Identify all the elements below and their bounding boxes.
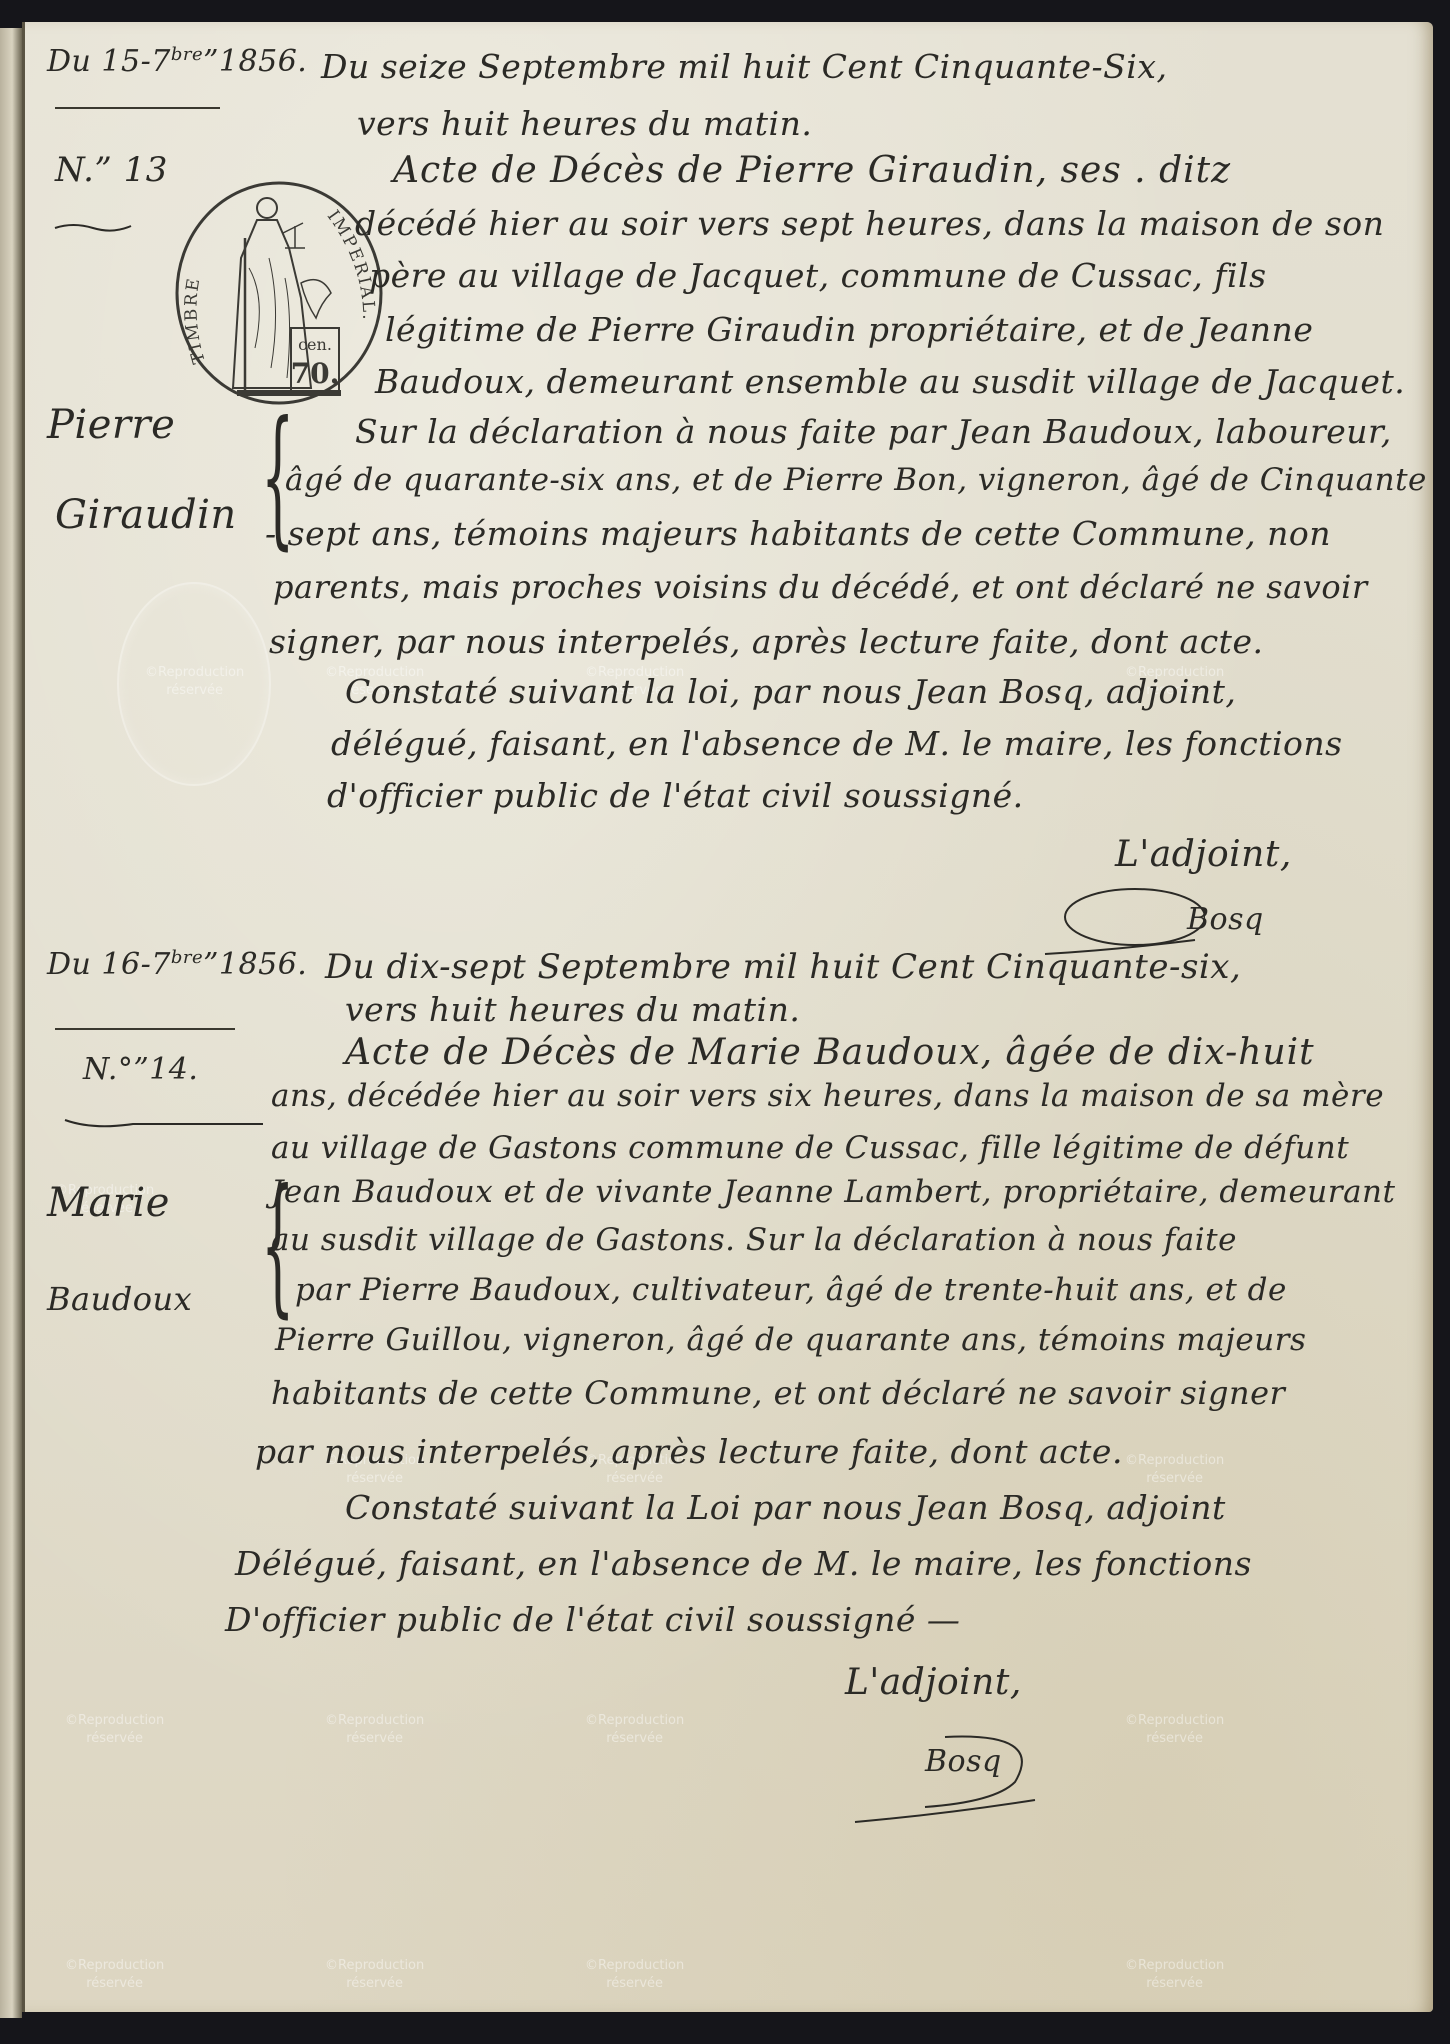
margin-date-day: Du 16-7 [47,947,171,982]
record-line: Du dix-sept Septembre mil huit Cent Cinq… [325,947,1241,987]
register-page: ©Reproductionréservée ©Reproductionréser… [22,22,1433,2012]
record-line: Du seize Septembre mil huit Cent Cinquan… [321,47,1167,86]
margin-name-first: Pierre [47,402,175,448]
watermark: ©Reproductionréservée [325,1957,424,1993]
watermark-text: réservée [65,1975,164,1993]
watermark: ©Reproductionréservée [1125,1957,1224,1993]
record-line: Constaté suivant la loi, par nous Jean B… [345,672,1236,711]
margin-date-day: Du 15-7 [47,44,171,79]
record-line: légitime de Pierre Giraudin propriétaire… [385,310,1313,349]
margin-date: Du 15-7bre”1856. [47,44,307,79]
record-line: Constaté suivant la Loi par nous Jean Bo… [345,1488,1226,1527]
watermark-text: réservée [1125,1730,1224,1748]
margin-name-last: Baudoux [47,1280,192,1318]
signature-title: L'adjoint, [845,1662,1022,1703]
watermark-text: ©Reproduction [585,1712,684,1730]
record-line: vers huit heures du matin. [345,990,800,1029]
watermark: ©Reproductionréservée [1125,1452,1224,1488]
record-line: d'officier public de l'état civil soussi… [327,776,1024,815]
margin-date-underline [55,1028,235,1030]
watermark-text: réservée [585,1730,684,1748]
record-number: N.°”14. [83,1052,198,1087]
svg-text:70.: 70. [291,357,340,390]
record-line: habitants de cette Commune, et ont décla… [271,1374,1285,1412]
watermark-text: réservée [325,1470,424,1488]
record-number: N.” 13 [55,150,168,190]
watermark-text: ©Reproduction [1125,1452,1224,1470]
watermark-text: réservée [65,1730,164,1748]
margin-name-first: Marie [47,1180,170,1226]
watermark-text: réservée [585,1470,684,1488]
record-line: par nous interpelés, après lecture faite… [255,1432,1123,1471]
watermark-text: réservée [325,1975,424,1993]
record-line: Jean Baudoux et de vivante Jeanne Lamber… [271,1174,1395,1210]
watermark: ©Reproductionréservée [65,1957,164,1993]
svg-text:cen.: cen. [298,335,332,354]
record-line: Délégué, faisant, en l'absence de M. le … [235,1544,1252,1583]
record-line: au village de Gastons commune de Cussac,… [271,1130,1349,1166]
margin-date-month-sup: bre [171,947,203,968]
record-line: ans, décédée hier au soir vers six heure… [271,1078,1384,1114]
record-heading: Acte de Décès de Pierre Giraudin, ses . … [393,150,1231,191]
margin-date-underline [55,107,220,109]
number-flourish-icon [63,1112,263,1136]
watermark: ©Reproductionréservée [1125,1712,1224,1748]
watermark-text: réservée [1125,1975,1224,1993]
watermark-text: réservée [585,1975,684,1993]
record-line: Pierre Guillou, vigneron, âgé de quarant… [275,1322,1306,1358]
watermark-text: réservée [325,1730,424,1748]
margin-date-month-sup: bre [171,44,203,65]
signature-title: L'adjoint, [1115,834,1292,875]
record-line: par Pierre Baudoux, cultivateur, âgé de … [295,1272,1287,1308]
record-line: père au village de Jacquet, commune de C… [369,256,1267,295]
record-line: vers huit heures du matin. [357,104,812,143]
watermark: ©Reproductionréservée [65,1712,164,1748]
record-line: délégué, faisant, en l'absence de M. le … [331,724,1343,763]
watermark-text: ©Reproduction [65,1957,164,1975]
record-heading: Acte de Décès de Marie Baudoux, âgée de … [345,1032,1315,1073]
record-line: parents, mais proches voisins du décédé,… [273,568,1368,606]
watermark: ©Reproductionréservée [325,1712,424,1748]
watermark: ©Reproductionréservée [585,1712,684,1748]
margin-date: Du 16-7bre”1856. [47,947,307,982]
number-flourish-icon [53,218,133,238]
margin-date-year: ”1856. [203,44,307,79]
margin-date-year: ”1856. [203,947,307,982]
watermark-text: ©Reproduction [325,1712,424,1730]
record-line: Sur la déclaration à nous faite par Jean… [355,412,1392,451]
record-line: D'officier public de l'état civil soussi… [225,1600,960,1639]
record-line: âgé de quarante-six ans, et de Pierre Bo… [285,462,1427,498]
watermark-text: ©Reproduction [65,1712,164,1730]
record-line: Baudoux, demeurant ensemble au susdit vi… [375,362,1405,401]
embossed-seal-icon [117,582,271,786]
watermark: ©Reproductionréservée [585,1957,684,1993]
watermark-text: ©Reproduction [585,1957,684,1975]
book-binding-edge [0,28,22,2018]
record-line: signer, par nous interpelés, après lectu… [269,622,1263,661]
record-line: - sept ans, témoins majeurs habitants de… [265,514,1331,553]
svg-text:TIMBRE: TIMBRE [181,275,209,365]
margin-name-last: Giraudin [55,492,237,538]
record-line: décédé hier au soir vers sept heures, da… [355,204,1384,243]
watermark-text: ©Reproduction [325,1957,424,1975]
watermark-text: réservée [1125,1470,1224,1488]
watermark-text: ©Reproduction [1125,1712,1224,1730]
watermark-text: ©Reproduction [1125,1957,1224,1975]
signature-paraph-icon [845,1722,1045,1832]
record-line: au susdit village de Gastons. Sur la déc… [271,1222,1237,1258]
